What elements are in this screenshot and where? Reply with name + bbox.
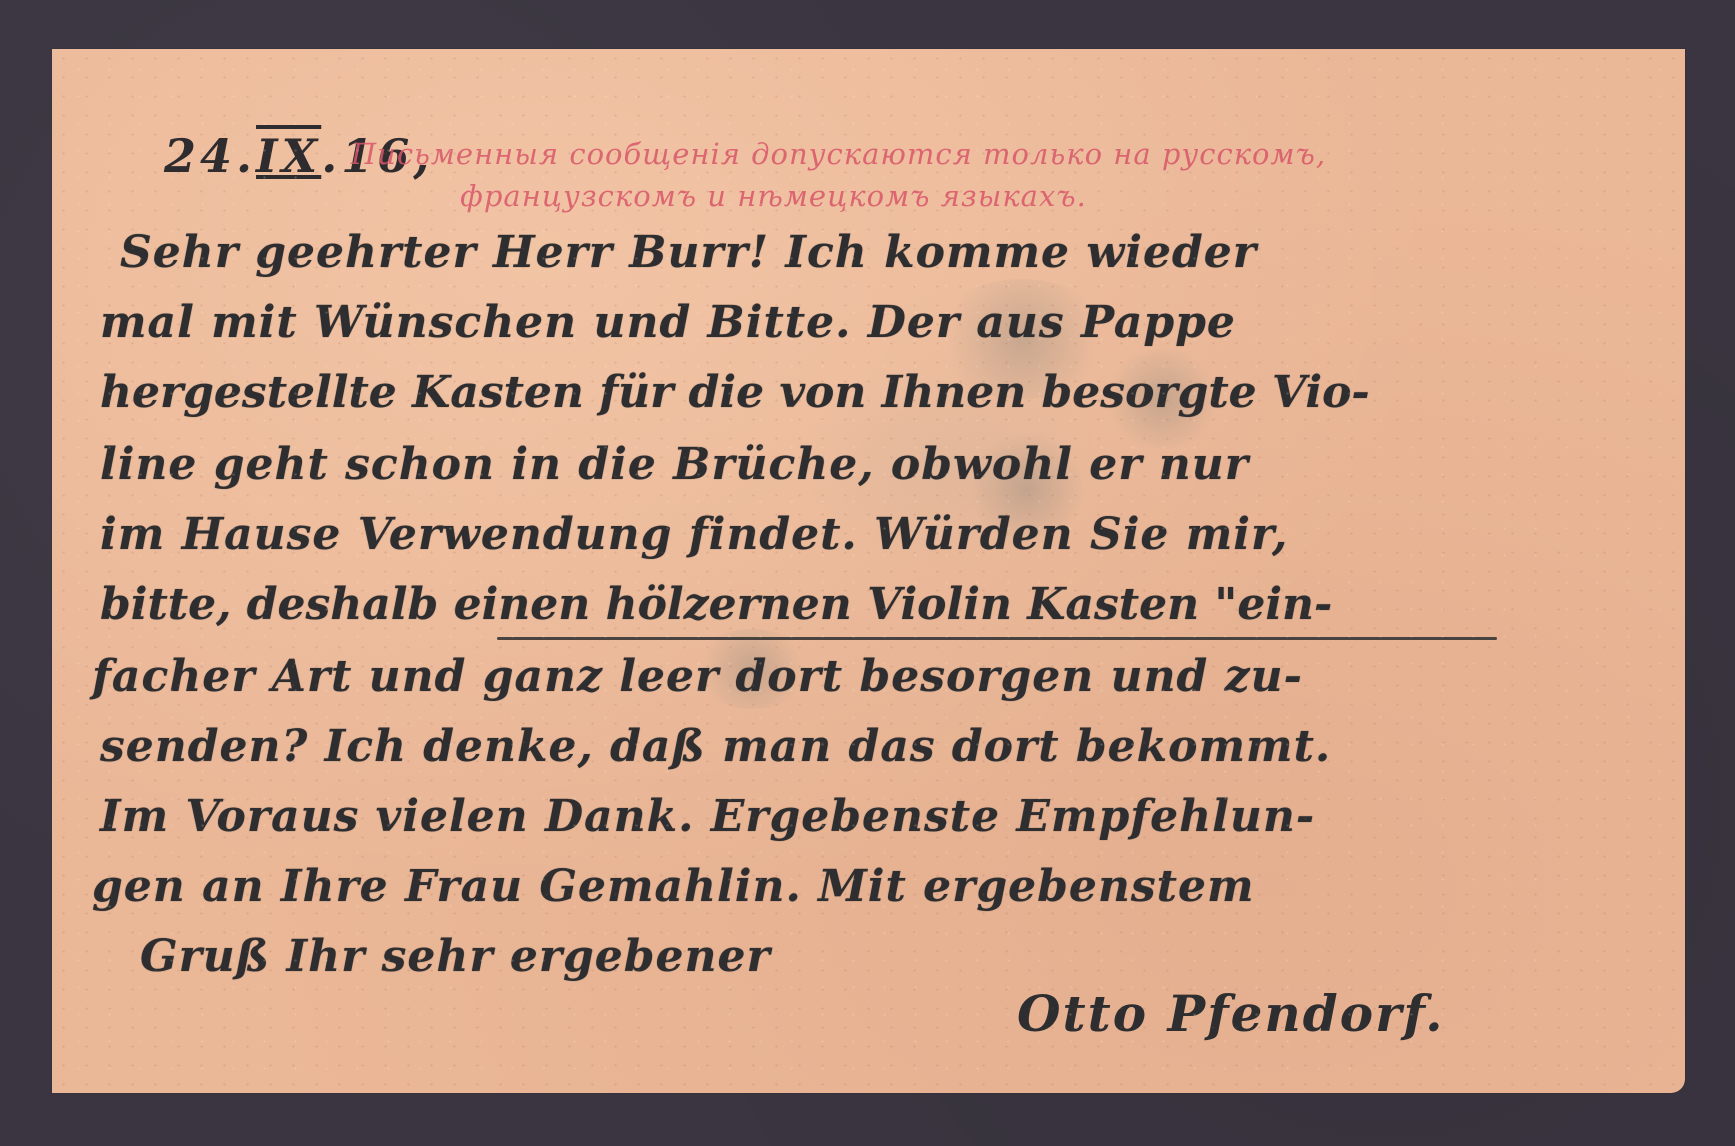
letter-line-10: gen an Ihre Frau Gemahlin. Mit ergebenst…: [92, 861, 1255, 912]
underline-stroke: [497, 637, 1497, 640]
letter-line-1: Sehr geehrter Herr Burr! Ich komme wiede…: [120, 227, 1257, 278]
letter-line-8: senden? Ich denke, daß man das dort beko…: [100, 721, 1331, 772]
letter-line-2: mal mit Wünschen und Bitte. Der aus Papp…: [100, 297, 1236, 348]
letter-line-3: hergestellte Kasten für die von Ihnen be…: [100, 367, 1370, 418]
postcard: 24.IX.16, Письменныя сообщенія допускают…: [52, 49, 1685, 1093]
letter-line-5: im Hause Verwendung findet. Würden Sie m…: [100, 509, 1288, 560]
signature: Otto Pfendorf.: [1017, 984, 1445, 1043]
letter-line-11: Gruß Ihr sehr ergebener: [140, 931, 771, 982]
letter-line-7: facher Art und ganz leer dort besorgen u…: [92, 651, 1303, 702]
letter-line-6: bitte, deshalb einen hölzernen Violin Ka…: [100, 579, 1332, 630]
letter-line-6-text: bitte, deshalb einen hölzernen Violin Ka…: [100, 579, 1332, 630]
handwritten-letter: Sehr geehrter Herr Burr! Ich komme wiede…: [52, 49, 1685, 1093]
letter-line-9: Im Voraus vielen Dank. Ergebenste Empfeh…: [100, 791, 1315, 842]
letter-line-4: line geht schon in die Brüche, obwohl er…: [100, 439, 1249, 490]
